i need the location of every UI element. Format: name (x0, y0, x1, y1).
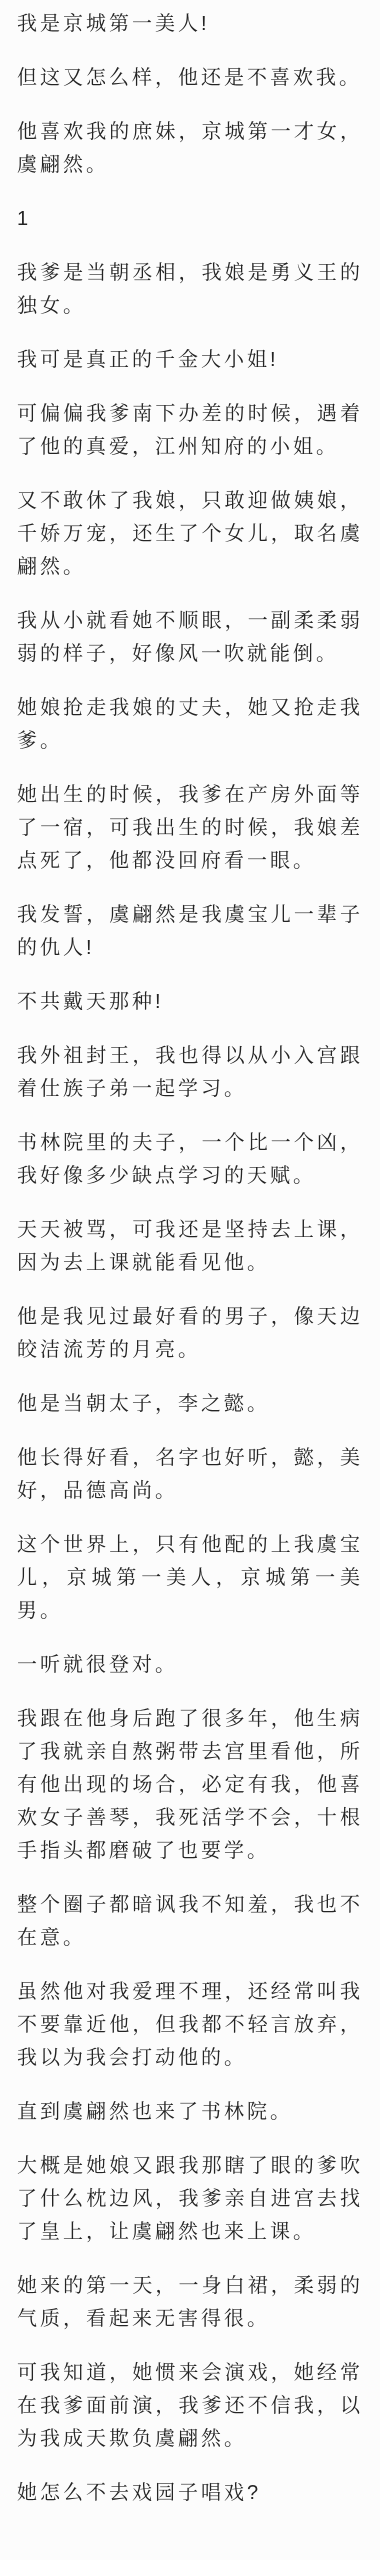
paragraph: 我发誓，虞翩然是我虞宝儿一辈子的仇人! (17, 899, 363, 965)
paragraph: 她来的第一天，一身白裙，柔弱的气质，看起来无害得很。 (17, 2270, 363, 2336)
paragraph: 我从小就看她不顺眼，一副柔柔弱弱的样子，好像风一吹就能倒。 (17, 605, 363, 671)
paragraph: 我是京城第一美人! (17, 8, 363, 41)
paragraph: 大概是她娘又跟我那瞎了眼的爹吹了什么枕边风，我爹亲自进宫去找了皇上，让虞翩然也来… (17, 2150, 363, 2249)
paragraph: 天天被骂，可我还是坚持去上课，因为去上课就能看见他。 (17, 1214, 363, 1280)
paragraph: 书林院里的夫子，一个比一个凶，我好像多少缺点学习的天赋。 (17, 1127, 363, 1193)
section-number: 1 (17, 203, 363, 236)
paragraph: 可偏偏我爹南下办差的时候，遇着了他的真爱，江州知府的小姐。 (17, 398, 363, 464)
paragraph: 整个圈子都暗讽我不知羞，我也不在意。 (17, 1889, 363, 1955)
paragraph: 他是我见过最好看的男子，像天边皎洁流芳的月亮。 (17, 1301, 363, 1367)
paragraph: 又不敢休了我娘，只敢迎做姨娘，千娇万宠，还生了个女儿，取名虞翩然。 (17, 485, 363, 584)
paragraph: 我爹是当朝丞相，我娘是勇义王的独女。 (17, 257, 363, 323)
paragraph: 虽然他对我爱理不理，还经常叫我不要靠近他，但我都不轻言放弃，我以为我会打动他的。 (17, 1976, 363, 2075)
paragraph: 这个世界上，只有他配的上我虞宝儿，京城第一美人，京城第一美男。 (17, 1529, 363, 1628)
paragraph: 他长得好看，名字也好听，懿，美好，品德高尚。 (17, 1442, 363, 1508)
reader-page: 我是京城第一美人! 但这又怎么样，他还是不喜欢我。 他喜欢我的庶妹，京城第一才女… (0, 0, 380, 2560)
paragraph: 我外祖封王，我也得以从小入宫跟着仕族子弟一起学习。 (17, 1040, 363, 1106)
paragraph: 可我知道，她惯来会演戏，她经常在我爹面前演，我爹还不信我，以为我成天欺负虞翩然。 (17, 2357, 363, 2456)
paragraph: 他是当朝太子，李之懿。 (17, 1388, 363, 1421)
paragraph: 她娘抢走我娘的丈夫，她又抢走我爹。 (17, 692, 363, 758)
paragraph: 她出生的时候，我爹在产房外面等了一宿，可我出生的时候，我娘差点死了，他都没回府看… (17, 779, 363, 878)
paragraph: 我跟在他身后跑了很多年，他生病了我就亲自熬粥带去宫里看他，所有他出现的场合，必定… (17, 1703, 363, 1868)
paragraph: 一听就很登对。 (17, 1649, 363, 1682)
paragraph: 她怎么不去戏园子唱戏? (17, 2477, 363, 2510)
paragraph: 他喜欢我的庶妹，京城第一才女，虞翩然。 (17, 116, 363, 182)
paragraph: 不共戴天那种! (17, 986, 363, 1019)
paragraph: 但这又怎么样，他还是不喜欢我。 (17, 62, 363, 95)
paragraph: 我可是真正的千金大小姐! (17, 344, 363, 377)
paragraph: 直到虞翩然也来了书林院。 (17, 2096, 363, 2129)
